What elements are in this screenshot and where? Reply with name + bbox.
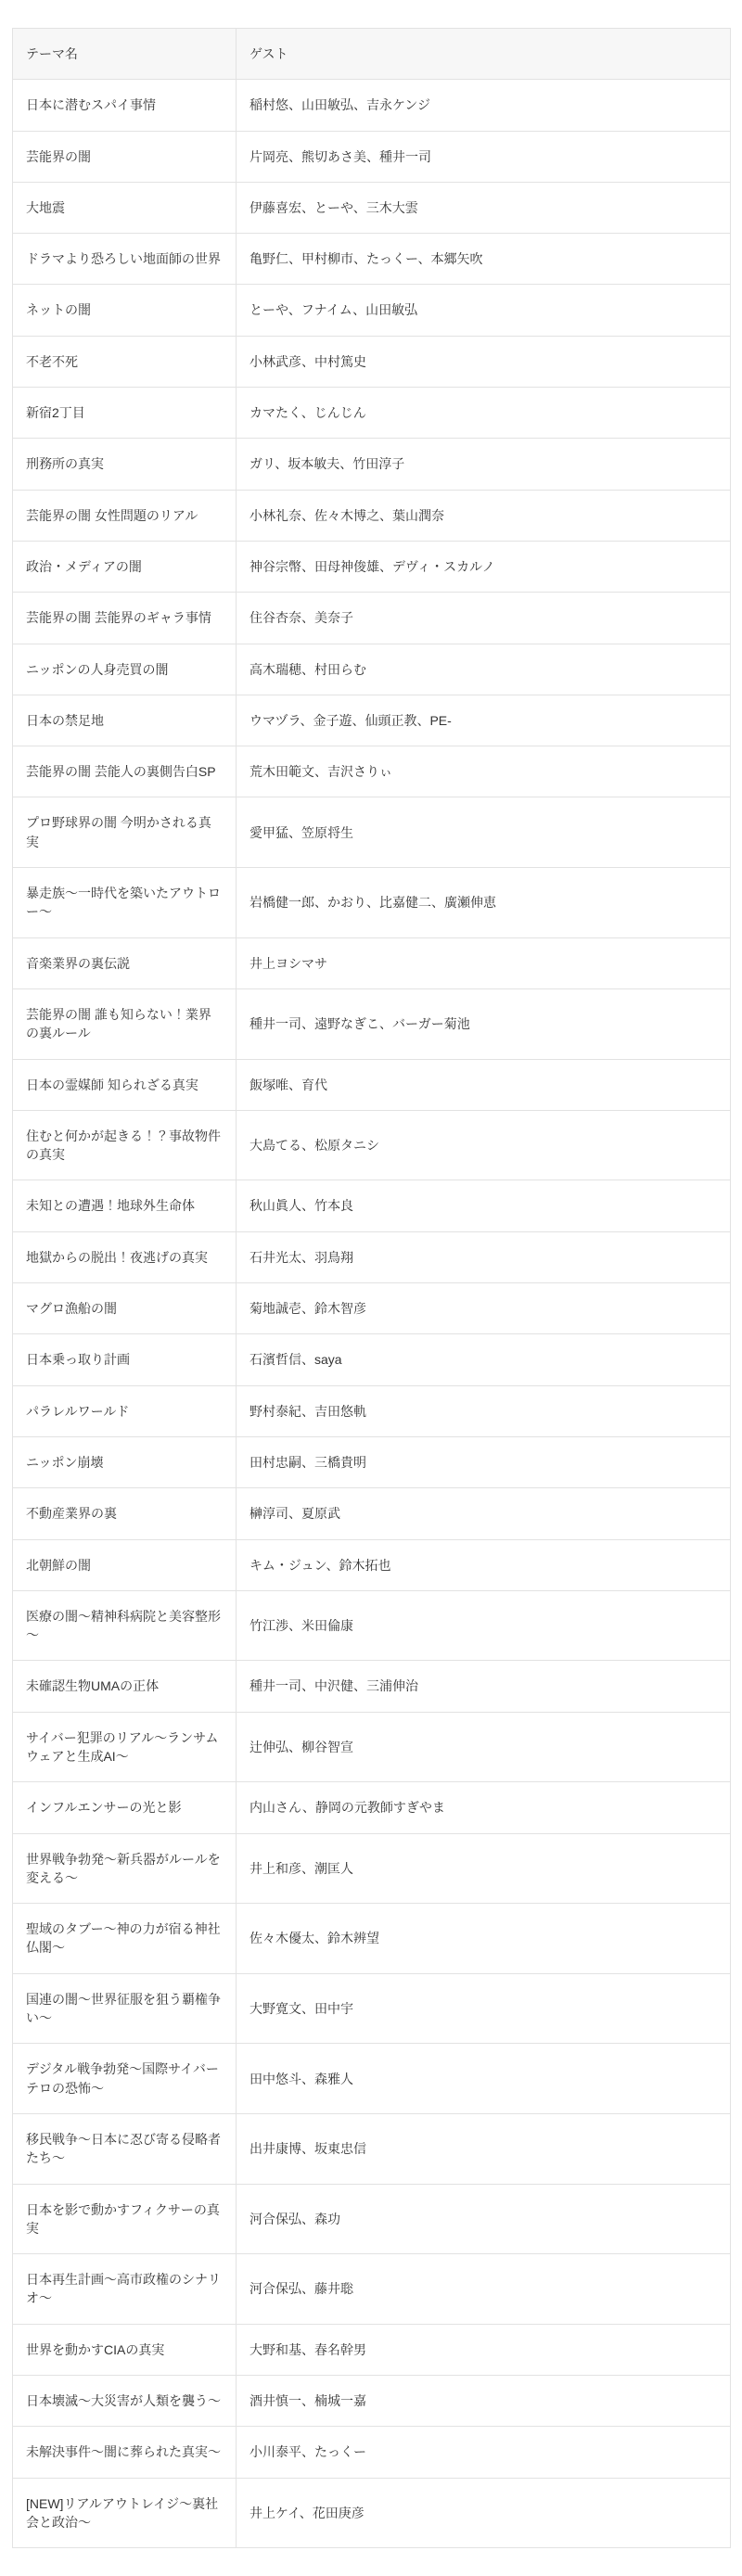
table-row: 音楽業界の裏伝説井上ヨシマサ [13, 937, 731, 988]
table-body: 日本に潜むスパイ事情稲村悠、山田敏弘、吉永ケンジ芸能界の闇片岡亮、熊切あさ美、種… [13, 80, 731, 2548]
table-row: 暴走族～一時代を築いたアウトロー～岩橋健一郎、かおり、比嘉健二、廣瀬伸恵 [13, 868, 731, 938]
theme-cell: 聖域のタブー～神の力が宿る神社仏閣～ [13, 1904, 237, 1974]
table-row: 日本再生計画～高市政権のシナリオ～河合保弘、藤井聡 [13, 2254, 731, 2325]
guest-cell: とーや、フナイム、山田敏弘 [237, 285, 731, 336]
table-row: ドラマより恐ろしい地面師の世界亀野仁、甲村柳市、たっくー、本郷矢吹 [13, 234, 731, 285]
theme-cell: 芸能界の闇 女性問題のリアル [13, 490, 237, 541]
guest-cell: 秋山眞人、竹本良 [237, 1180, 731, 1231]
guest-cell: 住谷杏奈、美奈子 [237, 593, 731, 644]
guest-cell: 飯塚唯、育代 [237, 1059, 731, 1110]
guest-cell: 岩橋健一郎、かおり、比嘉健二、廣瀬伸恵 [237, 868, 731, 938]
theme-cell: 移民戦争～日本に忍び寄る侵略者たち～ [13, 2113, 237, 2184]
guest-cell: 高木瑞穂、村田らむ [237, 644, 731, 695]
table-row: 未知との遭遇！地球外生命体秋山眞人、竹本良 [13, 1180, 731, 1231]
guest-cell: 大野寛文、田中宇 [237, 1973, 731, 2044]
theme-cell: 刑務所の真実 [13, 439, 237, 490]
theme-cell: 芸能界の闇 芸能界のギャラ事情 [13, 593, 237, 644]
table-row: 住むと何かが起きる！？事故物件の真実大島てる、松原タニシ [13, 1110, 731, 1180]
table-row: マグロ漁船の闇菊地誠壱、鈴木智彦 [13, 1283, 731, 1334]
theme-cell: ニッポン崩壊 [13, 1436, 237, 1487]
guest-cell: カマたく、じんじん [237, 388, 731, 439]
theme-cell: ネットの闇 [13, 285, 237, 336]
guest-cell: 河合保弘、藤井聡 [237, 2254, 731, 2325]
theme-cell: 日本の霊媒師 知られざる真実 [13, 1059, 237, 1110]
table-row: 芸能界の闇 芸能人の裏側告白SP荒木田範文、吉沢さりぃ [13, 746, 731, 797]
theme-cell: 世界戦争勃発～新兵器がルールを変える～ [13, 1833, 237, 1904]
table-row: 国連の闇～世界征服を狙う覇権争い～大野寛文、田中宇 [13, 1973, 731, 2044]
table-row: 日本壊滅～大災害が人類を襲う～酒井慎一、楠城一嘉 [13, 2376, 731, 2427]
table-row: ニッポンの人身売買の闇高木瑞穂、村田らむ [13, 644, 731, 695]
guest-cell: 石井光太、羽鳥翔 [237, 1231, 731, 1282]
theme-cell: 住むと何かが起きる！？事故物件の真実 [13, 1110, 237, 1180]
theme-cell: マグロ漁船の闇 [13, 1283, 237, 1334]
theme-cell: 医療の闇～精神科病院と美容整形～ [13, 1590, 237, 1661]
guest-cell: 菊地誠壱、鈴木智彦 [237, 1283, 731, 1334]
guest-cell: 荒木田範文、吉沢さりぃ [237, 746, 731, 797]
table-row: 日本の霊媒師 知られざる真実飯塚唯、育代 [13, 1059, 731, 1110]
theme-cell: 日本壊滅～大災害が人類を襲う～ [13, 2376, 237, 2427]
table-row: 政治・メディアの闇神谷宗幣、田母神俊雄、デヴィ・スカルノ [13, 541, 731, 592]
table-row: 芸能界の闇 女性問題のリアル小林礼奈、佐々木博之、葉山潤奈 [13, 490, 731, 541]
guest-cell: 石濱哲信、saya [237, 1334, 731, 1385]
theme-cell: 芸能界の闇 誰も知らない！業界の裏ルール [13, 988, 237, 1059]
theme-cell: 芸能界の闇 [13, 131, 237, 182]
theme-cell: 不動産業界の裏 [13, 1488, 237, 1539]
guest-cell: 小林武彦、中村篤史 [237, 336, 731, 387]
table-row: 未解決事件～闇に葬られた真実～小川泰平、たっくー [13, 2427, 731, 2478]
theme-cell: インフルエンサーの光と影 [13, 1782, 237, 1833]
theme-cell: 未解決事件～闇に葬られた真実～ [13, 2427, 237, 2478]
theme-cell: プロ野球界の闇 今明かされる真実 [13, 797, 237, 868]
guest-cell: 井上ケイ、花田庚彦 [237, 2478, 731, 2548]
theme-cell: 世界を動かすCIAの真実 [13, 2324, 237, 2375]
table-row: 日本を影で動かすフィクサーの真実河合保弘、森功 [13, 2184, 731, 2254]
theme-cell: [NEW]リアルアウトレイジ～裏社会と政治～ [13, 2478, 237, 2548]
theme-cell: ニッポンの人身売買の闇 [13, 644, 237, 695]
guest-cell: 大島てる、松原タニシ [237, 1110, 731, 1180]
guest-cell: 亀野仁、甲村柳市、たっくー、本郷矢吹 [237, 234, 731, 285]
theme-cell: 未知との遭遇！地球外生命体 [13, 1180, 237, 1231]
theme-cell: 日本を影で動かすフィクサーの真実 [13, 2184, 237, 2254]
guest-cell: 竹江渉、米田倫康 [237, 1590, 731, 1661]
table-row: 大地震伊藤喜宏、とーや、三木大雲 [13, 182, 731, 233]
theme-cell: 音楽業界の裏伝説 [13, 937, 237, 988]
guest-cell: 酒井慎一、楠城一嘉 [237, 2376, 731, 2427]
table-row: デジタル戦争勃発～国際サイバーテロの恐怖～田中悠斗、森雅人 [13, 2044, 731, 2114]
table-row: 日本に潜むスパイ事情稲村悠、山田敏弘、吉永ケンジ [13, 80, 731, 131]
table-row: 不動産業界の裏榊淳司、夏原武 [13, 1488, 731, 1539]
table-row: 芸能界の闇 誰も知らない！業界の裏ルール種井一司、遠野なぎこ、バーガー菊池 [13, 988, 731, 1059]
guest-cell: 神谷宗幣、田母神俊雄、デヴィ・スカルノ [237, 541, 731, 592]
guest-cell: 榊淳司、夏原武 [237, 1488, 731, 1539]
theme-cell: 地獄からの脱出！夜逃げの真実 [13, 1231, 237, 1282]
table-row: 移民戦争～日本に忍び寄る侵略者たち～出井康博、坂東忠信 [13, 2113, 731, 2184]
guest-cell: 種井一司、中沢健、三浦伸治 [237, 1661, 731, 1712]
guest-cell: 辻伸弘、柳谷智宣 [237, 1712, 731, 1782]
guest-cell: 小川泰平、たっくー [237, 2427, 731, 2478]
theme-cell: 芸能界の闇 芸能人の裏側告白SP [13, 746, 237, 797]
theme-cell: パラレルワールド [13, 1385, 237, 1436]
theme-cell: 日本の禁足地 [13, 695, 237, 746]
theme-cell: 新宿2丁目 [13, 388, 237, 439]
header-row: テーマ名 ゲスト [13, 29, 731, 80]
guest-cell: 佐々木優太、鈴木辨望 [237, 1904, 731, 1974]
table-row: サイバー犯罪のリアル～ランサムウェアと生成AI～辻伸弘、柳谷智宣 [13, 1712, 731, 1782]
theme-guest-table: テーマ名 ゲスト 日本に潜むスパイ事情稲村悠、山田敏弘、吉永ケンジ芸能界の闇片岡… [12, 28, 731, 2548]
table-row: 芸能界の闇片岡亮、熊切あさ美、種井一司 [13, 131, 731, 182]
table-row: 日本の禁足地ウマヅラ、金子遊、仙頭正教、PE- [13, 695, 731, 746]
guest-cell: 河合保弘、森功 [237, 2184, 731, 2254]
guest-cell: 種井一司、遠野なぎこ、バーガー菊池 [237, 988, 731, 1059]
table-row: [NEW]リアルアウトレイジ～裏社会と政治～井上ケイ、花田庚彦 [13, 2478, 731, 2548]
table-row: 地獄からの脱出！夜逃げの真実石井光太、羽鳥翔 [13, 1231, 731, 1282]
table-row: 刑務所の真実ガリ、坂本敏夫、竹田淳子 [13, 439, 731, 490]
table-row: 芸能界の闇 芸能界のギャラ事情住谷杏奈、美奈子 [13, 593, 731, 644]
guest-cell: 内山さん、静岡の元教師すぎやま [237, 1782, 731, 1833]
table-row: 世界戦争勃発～新兵器がルールを変える～井上和彦、潮匡人 [13, 1833, 731, 1904]
table-row: インフルエンサーの光と影内山さん、静岡の元教師すぎやま [13, 1782, 731, 1833]
guest-cell: 井上ヨシマサ [237, 937, 731, 988]
header-guest: ゲスト [237, 29, 731, 80]
table-row: 不老不死小林武彦、中村篤史 [13, 336, 731, 387]
guest-cell: 田中悠斗、森雅人 [237, 2044, 731, 2114]
table-row: 新宿2丁目カマたく、じんじん [13, 388, 731, 439]
page: テーマ名 ゲスト 日本に潜むスパイ事情稲村悠、山田敏弘、吉永ケンジ芸能界の闇片岡… [0, 0, 742, 2576]
theme-cell: 国連の闇～世界征服を狙う覇権争い～ [13, 1973, 237, 2044]
theme-cell: ドラマより恐ろしい地面師の世界 [13, 234, 237, 285]
theme-cell: 未確認生物UMAの正体 [13, 1661, 237, 1712]
guest-cell: 大野和基、春名幹男 [237, 2324, 731, 2375]
guest-cell: 出井康博、坂東忠信 [237, 2113, 731, 2184]
theme-cell: デジタル戦争勃発～国際サイバーテロの恐怖～ [13, 2044, 237, 2114]
theme-cell: 大地震 [13, 182, 237, 233]
guest-cell: ガリ、坂本敏夫、竹田淳子 [237, 439, 731, 490]
guest-cell: 愛甲猛、笠原将生 [237, 797, 731, 868]
theme-cell: サイバー犯罪のリアル～ランサムウェアと生成AI～ [13, 1712, 237, 1782]
guest-cell: 片岡亮、熊切あさ美、種井一司 [237, 131, 731, 182]
guest-cell: 伊藤喜宏、とーや、三木大雲 [237, 182, 731, 233]
table-row: 北朝鮮の闇キム・ジュン、鈴木拓也 [13, 1539, 731, 1590]
theme-cell: 日本再生計画～高市政権のシナリオ～ [13, 2254, 237, 2325]
table-row: 医療の闇～精神科病院と美容整形～竹江渉、米田倫康 [13, 1590, 731, 1661]
guest-cell: 小林礼奈、佐々木博之、葉山潤奈 [237, 490, 731, 541]
table-header: テーマ名 ゲスト [13, 29, 731, 80]
table-row: ネットの闇とーや、フナイム、山田敏弘 [13, 285, 731, 336]
theme-cell: 政治・メディアの闇 [13, 541, 237, 592]
table-row: 聖域のタブー～神の力が宿る神社仏閣～佐々木優太、鈴木辨望 [13, 1904, 731, 1974]
table-row: パラレルワールド野村泰紀、吉田悠軌 [13, 1385, 731, 1436]
guest-cell: 野村泰紀、吉田悠軌 [237, 1385, 731, 1436]
theme-cell: 北朝鮮の闇 [13, 1539, 237, 1590]
guest-cell: 田村忠嗣、三橋貴明 [237, 1436, 731, 1487]
guest-cell: 稲村悠、山田敏弘、吉永ケンジ [237, 80, 731, 131]
theme-cell: 暴走族～一時代を築いたアウトロー～ [13, 868, 237, 938]
theme-cell: 日本に潜むスパイ事情 [13, 80, 237, 131]
table-row: 未確認生物UMAの正体種井一司、中沢健、三浦伸治 [13, 1661, 731, 1712]
table-row: 世界を動かすCIAの真実大野和基、春名幹男 [13, 2324, 731, 2375]
guest-cell: 井上和彦、潮匡人 [237, 1833, 731, 1904]
table-row: プロ野球界の闇 今明かされる真実愛甲猛、笠原将生 [13, 797, 731, 868]
table-row: 日本乗っ取り計画石濱哲信、saya [13, 1334, 731, 1385]
table-row: ニッポン崩壊田村忠嗣、三橋貴明 [13, 1436, 731, 1487]
theme-cell: 日本乗っ取り計画 [13, 1334, 237, 1385]
guest-cell: キム・ジュン、鈴木拓也 [237, 1539, 731, 1590]
theme-cell: 不老不死 [13, 336, 237, 387]
header-theme: テーマ名 [13, 29, 237, 80]
guest-cell: ウマヅラ、金子遊、仙頭正教、PE- [237, 695, 731, 746]
